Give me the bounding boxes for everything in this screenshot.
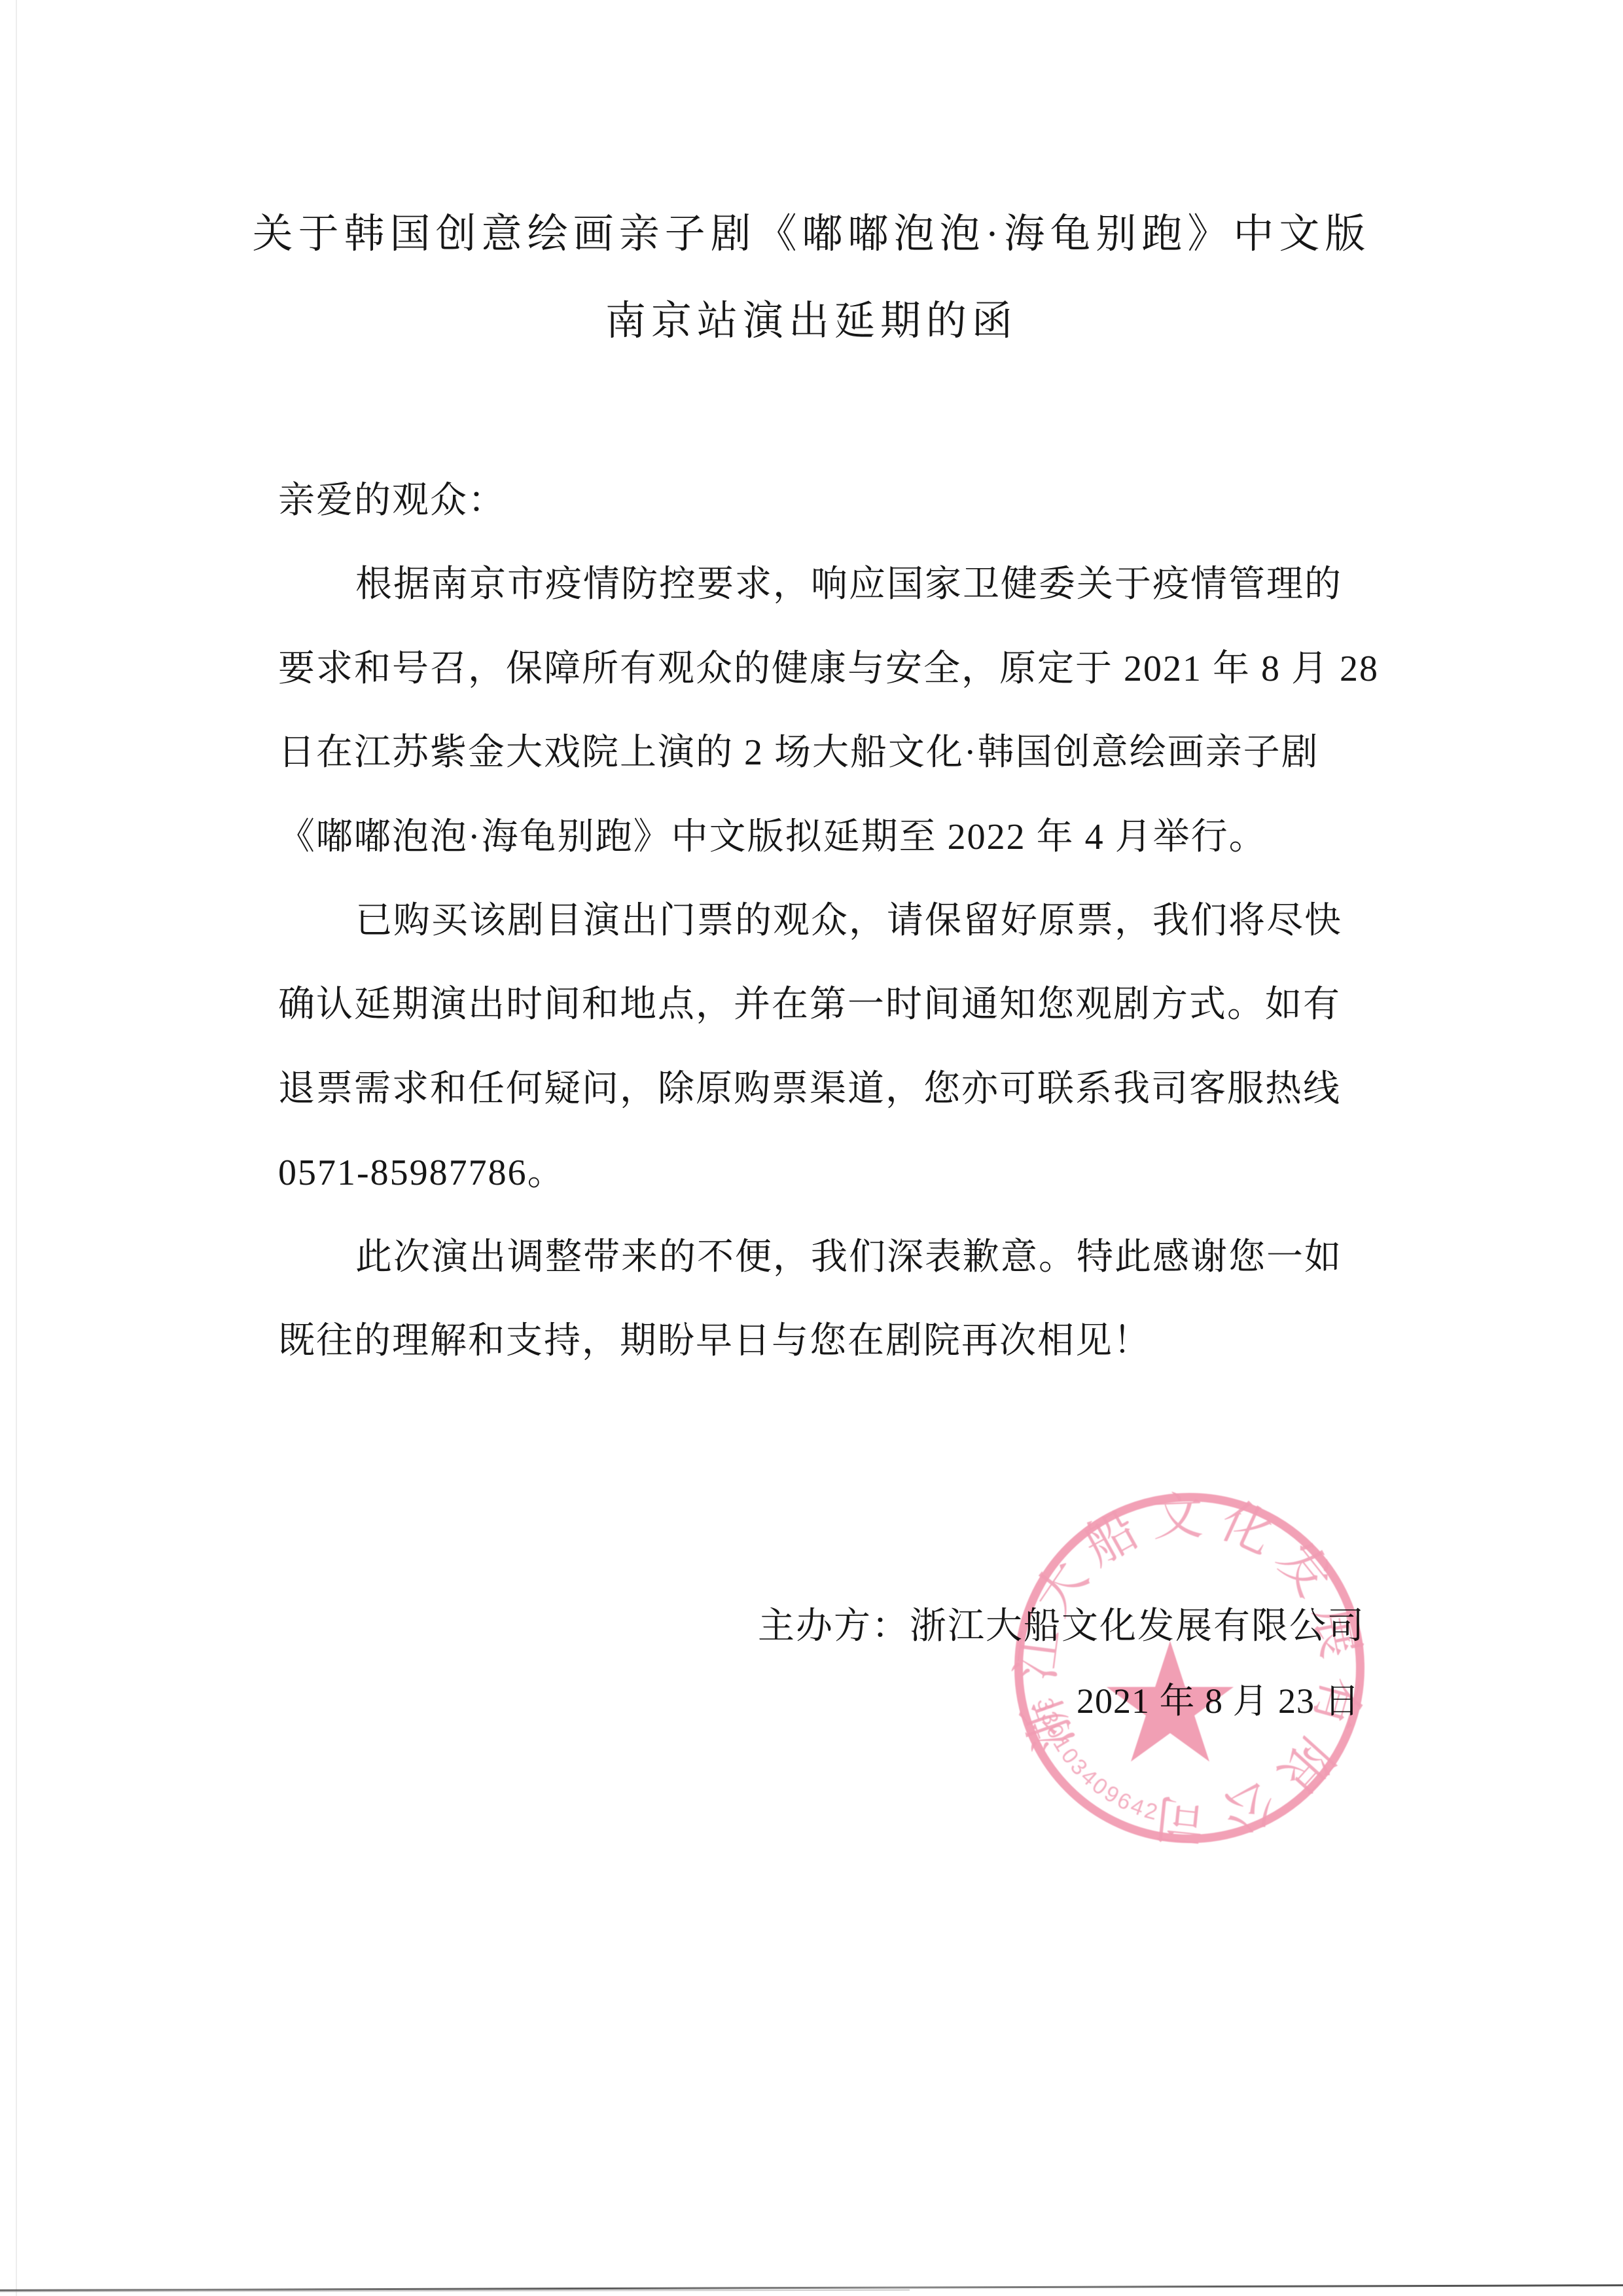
company-seal-stamp: 浙江大船文化发展有限公司 3301034096421 bbox=[1011, 1490, 1368, 1846]
letter-title-line-2: 南京站演出延期的函 bbox=[0, 278, 1623, 365]
letter-title: 关于韩国创意绘画亲子剧《嘟嘟泡泡·海龟别跑》中文版 南京站演出延期的函 bbox=[0, 191, 1623, 365]
body-line: 要求和号召，保障所有观众的健康与安全，原定于 2021 年 8 月 28 bbox=[278, 627, 1358, 711]
body-line: 日在江苏紫金大戏院上演的 2 场大船文化·韩国创意绘画亲子剧 bbox=[278, 711, 1358, 795]
body-line: 退票需求和任何疑问，除原购票渠道，您亦可联系我司客服热线 bbox=[278, 1047, 1358, 1131]
letter-body: 亲爱的观众：根据南京市疫情防控要求，响应国家卫健委关于疫情管理的要求和号召，保障… bbox=[278, 459, 1358, 1383]
seal-star-icon bbox=[1107, 1641, 1234, 1762]
seal-svg: 浙江大船文化发展有限公司 3301034096421 bbox=[1011, 1490, 1368, 1846]
body-line: 《嘟嘟泡泡·海龟别跑》中文版拟延期至 2022 年 4 月举行。 bbox=[278, 795, 1358, 879]
seal-company-arc-text: 浙江大船文化发展有限公司 bbox=[1011, 1490, 1368, 1846]
body-line: 0571-85987786。 bbox=[278, 1131, 1358, 1215]
letter-title-line-1: 关于韩国创意绘画亲子剧《嘟嘟泡泡·海龟别跑》中文版 bbox=[0, 191, 1623, 278]
body-line: 亲爱的观众： bbox=[278, 459, 1358, 543]
body-line: 根据南京市疫情防控要求，响应国家卫健委关于疫情管理的 bbox=[278, 543, 1358, 626]
scanned-letter-page: 关于韩国创意绘画亲子剧《嘟嘟泡泡·海龟别跑》中文版 南京站演出延期的函 亲爱的观… bbox=[0, 0, 1623, 2296]
body-line: 已购买该剧目演出门票的观众，请保留好原票，我们将尽快 bbox=[278, 879, 1358, 963]
body-line: 既往的理解和支持，期盼早日与您在剧院再次相见！ bbox=[278, 1299, 1358, 1383]
body-line: 确认延期演出时间和地点，并在第一时间通知您观剧方式。如有 bbox=[278, 963, 1358, 1047]
body-line: 此次演出调整带来的不便，我们深表歉意。特此感谢您一如 bbox=[278, 1215, 1358, 1299]
